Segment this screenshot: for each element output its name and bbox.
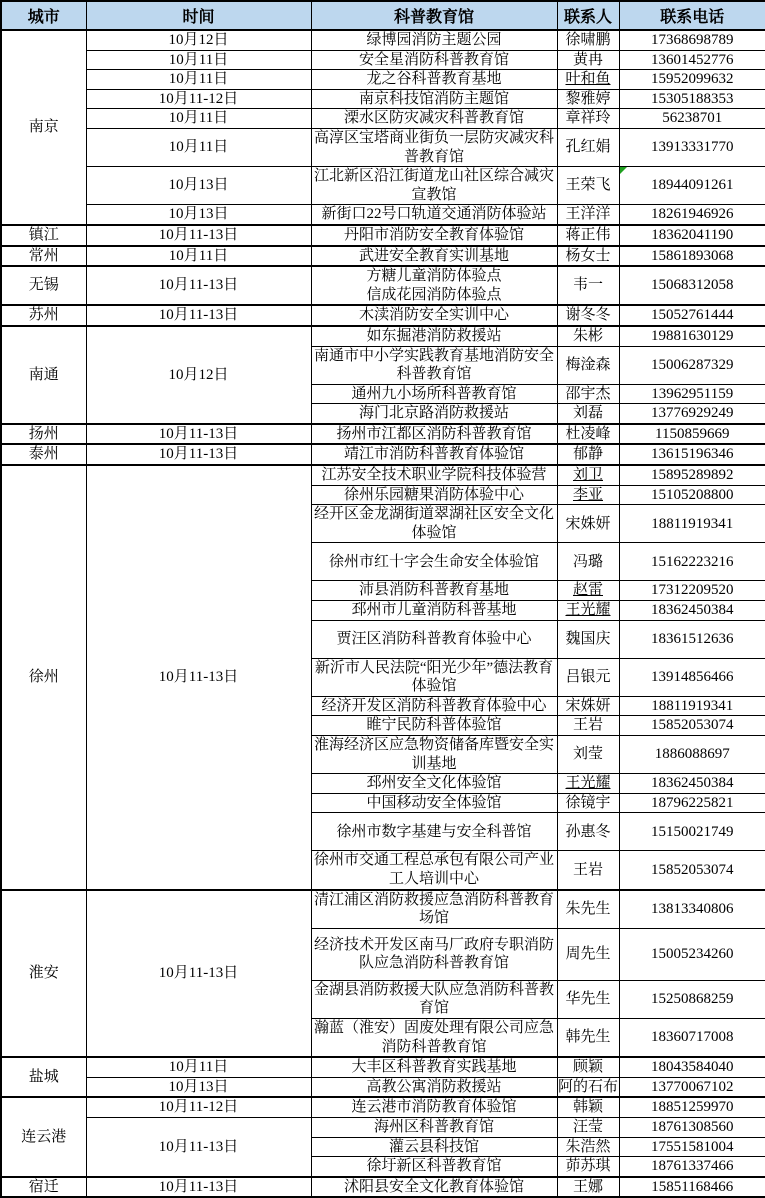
phone-cell: 13776929249	[619, 404, 765, 424]
contact-name: 黄冉	[573, 52, 603, 68]
city-cell: 无锡	[1, 266, 86, 305]
time-cell: 10月11-13日	[86, 225, 311, 246]
phone-cell: 18261946926	[619, 205, 765, 225]
contact-cell: 郁静	[557, 444, 619, 465]
venue-cell: 丹阳市消防安全教育体验馆	[311, 225, 557, 246]
contact-cell: 刘磊	[557, 404, 619, 424]
contact-name: 王光耀	[565, 775, 610, 791]
city-cell: 苏州	[1, 305, 86, 326]
city-cell: 徐州	[1, 465, 86, 890]
contact-name: 宋姝妍	[565, 516, 610, 532]
table-row: 10月11日高淳区宝塔商业街负一层防灾减灾科普教育馆孔红娟13913331770	[1, 128, 765, 166]
venue-cell: 瀚蓝（淮安）固废处理有限公司应急消防科普教育馆	[311, 1018, 557, 1057]
contact-name: 朱浩然	[565, 1139, 610, 1155]
venue-cell: 南通市中小学实践教育基地消防安全科普教育馆	[311, 346, 557, 384]
table-row: 10月11-12日南京科技馆消防主题馆黎雅婷15305188353	[1, 89, 765, 109]
phone-cell: 1886088697	[619, 736, 765, 774]
phone-cell: 17368698789	[619, 30, 765, 50]
contact-cell: 刘莹	[557, 736, 619, 774]
contact-name: 王娜	[573, 1179, 603, 1195]
phone-cell: 1150859669	[619, 424, 765, 445]
contact-name: 宋姝妍	[565, 698, 610, 714]
contact-cell: 宋姝妍	[557, 696, 619, 716]
table-row: 徐州10月11-13日江苏安全技术职业学院科技体验营刘卫15895289892	[1, 465, 765, 485]
phone-cell: 18811919341	[619, 696, 765, 716]
time-cell: 10月11-13日	[86, 465, 311, 890]
phone-cell: 15150021749	[619, 813, 765, 851]
phone-cell: 17551581004	[619, 1137, 765, 1157]
contact-cell: 李亚	[557, 485, 619, 505]
contact-cell: 梅淦森	[557, 346, 619, 384]
contact-cell: 魏国庆	[557, 620, 619, 658]
venue-cell: 经济技术开发区南马厂政府专职消防队应急消防科普教育馆	[311, 928, 557, 980]
header-time: 时间	[86, 1, 311, 30]
phone-cell: 18362450384	[619, 774, 765, 794]
phone-cell: 18043584040	[619, 1057, 765, 1077]
phone-cell: 17312209520	[619, 581, 765, 601]
time-cell: 10月11-12日	[86, 89, 311, 109]
phone-cell: 15006287329	[619, 346, 765, 384]
contact-cell: 黄冉	[557, 50, 619, 70]
venue-cell: 大丰区科普教育实践基地	[311, 1057, 557, 1077]
phone-cell: 18360717008	[619, 1018, 765, 1057]
venue-cell: 经济开发区消防科普教育体验中心	[311, 696, 557, 716]
phone-cell: 13913331770	[619, 128, 765, 166]
time-cell: 10月11-13日	[86, 1117, 311, 1176]
contact-cell: 茆苏琪	[557, 1157, 619, 1177]
contact-name: 王荣飞	[565, 177, 610, 193]
contact-name: 朱彬	[573, 328, 603, 344]
phone-cell: 18796225821	[619, 793, 765, 813]
contact-name: 杜凌峰	[565, 426, 610, 442]
contact-cell: 章祥玲	[557, 109, 619, 129]
contact-name: 赵雷	[573, 582, 603, 598]
contact-name: 顾颖	[573, 1059, 603, 1075]
contact-name: 梅淦森	[565, 357, 610, 373]
contact-name: 阿的石布	[558, 1079, 618, 1095]
venue-cell: 连云港市消防教育体验馆	[311, 1097, 557, 1117]
phone-cell: 13601452776	[619, 50, 765, 70]
phone-cell: 13914856466	[619, 658, 765, 696]
venue-cell: 新沂市人民法院“阳光少年”德法教育体验馆	[311, 658, 557, 696]
venue-cell: 安全星消防科普教育馆	[311, 50, 557, 70]
table-row: 10月13日新街口22号口轨道交通消防体验站王洋洋18261946926	[1, 205, 765, 225]
header-phone: 联系电话	[619, 1, 765, 30]
venue-cell: 武进安全教育实训基地	[311, 246, 557, 267]
contact-name: 黎雅婷	[565, 91, 610, 107]
venue-cell: 扬州市江都区消防科普教育馆	[311, 424, 557, 445]
table-row: 泰州10月11-13日靖江市消防科普教育体验馆郁静13615196346	[1, 444, 765, 465]
contact-name: 王洋洋	[565, 206, 610, 222]
table-row: 淮安10月11-13日清江浦区消防救援应急消防科普教育场馆朱先生13813340…	[1, 890, 765, 929]
city-cell: 宿迁	[1, 1177, 86, 1198]
time-cell: 10月11日	[86, 128, 311, 166]
venue-cell: 海门北京路消防救援站	[311, 404, 557, 424]
time-cell: 10月11-13日	[86, 424, 311, 445]
contact-cell: 王娜	[557, 1177, 619, 1198]
contact-name: 邵宇杰	[565, 386, 610, 402]
venue-cell: 金湖县消防救援大队应急消防科普教育馆	[311, 980, 557, 1018]
city-cell: 南京	[1, 30, 86, 225]
phone-cell: 15852053074	[619, 851, 765, 890]
time-cell: 10月11-13日	[86, 444, 311, 465]
time-cell: 10月11-13日	[86, 266, 311, 305]
contact-name: 刘卫	[573, 467, 603, 483]
contact-name: 周先生	[565, 946, 610, 962]
table-row: 南京10月12日绿博园消防主题公园徐啸鹏17368698789	[1, 30, 765, 50]
phone-cell: 18362041190	[619, 225, 765, 246]
table-row: 10月13日高教公寓消防救援站阿的石布13770067102	[1, 1077, 765, 1097]
time-cell: 10月11日	[86, 1057, 311, 1077]
contact-name: 郁静	[573, 446, 603, 462]
venue-cell: 淮海经济区应急物资储备库暨安全实训基地	[311, 736, 557, 774]
venue-cell: 南京科技馆消防主题馆	[311, 89, 557, 109]
contact-cell: 谢冬冬	[557, 305, 619, 326]
header-venue: 科普教育馆	[311, 1, 557, 30]
phone-cell: 15851168466	[619, 1177, 765, 1198]
header-city: 城市	[1, 1, 86, 30]
contact-name: 蒋正伟	[565, 227, 610, 243]
table-row: 10月11日安全星消防科普教育馆黄冉13601452776	[1, 50, 765, 70]
contact-cell: 朱先生	[557, 890, 619, 929]
contact-cell: 徐啸鹏	[557, 30, 619, 50]
venue-cell: 新街口22号口轨道交通消防体验站	[311, 205, 557, 225]
venue-cell: 高淳区宝塔商业街负一层防灾减灾科普教育馆	[311, 128, 557, 166]
venue-cell: 龙之谷科普教育基地	[311, 70, 557, 90]
contact-cell: 吕银元	[557, 658, 619, 696]
time-cell: 10月11-13日	[86, 1177, 311, 1198]
table-row: 连云港10月11-12日连云港市消防教育体验馆韩颖18851259970	[1, 1097, 765, 1117]
contact-cell: 王荣飞	[557, 167, 619, 205]
contact-cell: 华先生	[557, 980, 619, 1018]
phone-cell: 15068312058	[619, 266, 765, 305]
venue-cell: 睢宁民防科普体验馆	[311, 716, 557, 736]
contact-name: 杨女士	[565, 248, 610, 264]
venue-cell: 沭阳县安全文化教育体验馆	[311, 1177, 557, 1198]
venue-cell: 徐州市红十字会生命安全体验馆	[311, 543, 557, 581]
phone-cell: 15952099632	[619, 70, 765, 90]
phone-cell: 15162223216	[619, 543, 765, 581]
contact-name: 魏国庆	[565, 631, 610, 647]
phone-cell: 18811919341	[619, 505, 765, 543]
contact-cell: 王岩	[557, 716, 619, 736]
phone-cell: 18761337466	[619, 1157, 765, 1177]
venue-cell: 海州区科普教育馆	[311, 1117, 557, 1137]
time-cell: 10月11-13日	[86, 890, 311, 1058]
table-header: 城市 时间 科普教育馆 联系人 联系电话	[1, 1, 765, 30]
contact-cell: 王光耀	[557, 774, 619, 794]
time-cell: 10月11-13日	[86, 305, 311, 326]
contact-cell: 周先生	[557, 928, 619, 980]
city-cell: 南通	[1, 326, 86, 424]
venue-cell: 通州九小场所科普教育馆	[311, 384, 557, 404]
contact-name: 王岩	[573, 717, 603, 733]
venue-cell: 中国移动安全体验馆	[311, 793, 557, 813]
phone-cell: 15250868259	[619, 980, 765, 1018]
phone-cell: 13615196346	[619, 444, 765, 465]
phone-cell: 15052761444	[619, 305, 765, 326]
contact-cell: 赵雷	[557, 581, 619, 601]
table-row: 南通10月12日如东掘港消防救援站朱彬19881630129	[1, 326, 765, 346]
city-cell: 连云港	[1, 1097, 86, 1176]
venue-cell: 木渎消防安全实训中心	[311, 305, 557, 326]
venue-cell: 邳州安全文化体验馆	[311, 774, 557, 794]
phone-cell: 15895289892	[619, 465, 765, 485]
venue-cell: 江苏安全技术职业学院科技体验营	[311, 465, 557, 485]
contact-cell: 徐镜宇	[557, 793, 619, 813]
phone-cell: 15005234260	[619, 928, 765, 980]
time-cell: 10月13日	[86, 205, 311, 225]
contact-name: 刘莹	[573, 746, 603, 762]
contact-name: 徐镜宇	[565, 795, 610, 811]
phone-cell: 15105208800	[619, 485, 765, 505]
contact-cell: 邵宇杰	[557, 384, 619, 404]
time-cell: 10月11日	[86, 246, 311, 267]
phone-cell: 13770067102	[619, 1077, 765, 1097]
contact-cell: 汪莹	[557, 1117, 619, 1137]
contact-cell: 王洋洋	[557, 205, 619, 225]
city-cell: 泰州	[1, 444, 86, 465]
contact-cell: 黎雅婷	[557, 89, 619, 109]
venue-cell: 江北新区沿江街道龙山社区综合减灾宣教馆	[311, 167, 557, 205]
contact-name: 韩颖	[573, 1099, 603, 1115]
contact-cell: 韦一	[557, 266, 619, 305]
venue-cell: 溧水区防灾减灾科普教育馆	[311, 109, 557, 129]
venue-cell: 贾汪区消防科普教育体验中心	[311, 620, 557, 658]
venues-table-body: 南京10月12日绿博园消防主题公园徐啸鹏1736869878910月11日安全星…	[1, 30, 765, 1197]
table-row: 常州10月11日武进安全教育实训基地杨女士15861893068	[1, 246, 765, 267]
time-cell: 10月11日	[86, 70, 311, 90]
contact-cell: 孔红娟	[557, 128, 619, 166]
table-row: 10月13日江北新区沿江街道龙山社区综合减灾宣教馆王荣飞18944091261	[1, 167, 765, 205]
table-row: 扬州10月11-13日扬州市江都区消防科普教育馆杜凌峰1150859669	[1, 424, 765, 445]
city-cell: 扬州	[1, 424, 86, 445]
time-cell: 10月13日	[86, 167, 311, 205]
venue-cell: 灌云县科技馆	[311, 1137, 557, 1157]
contact-name: 刘磊	[573, 405, 603, 421]
contact-cell: 阿的石布	[557, 1077, 619, 1097]
venue-cell: 如东掘港消防救援站	[311, 326, 557, 346]
contact-cell: 顾颖	[557, 1057, 619, 1077]
header-contact: 联系人	[557, 1, 619, 30]
phone-cell: 18361512636	[619, 620, 765, 658]
phone-cell: 18761308560	[619, 1117, 765, 1137]
contact-cell: 冯璐	[557, 543, 619, 581]
table-row: 苏州10月11-13日木渎消防安全实训中心谢冬冬15052761444	[1, 305, 765, 326]
venue-cell: 方糖儿童消防体验点 信成花园消防体验点	[311, 266, 557, 305]
contact-name: 章祥玲	[565, 110, 610, 126]
time-cell: 10月11日	[86, 50, 311, 70]
contact-cell: 王光耀	[557, 601, 619, 621]
time-cell: 10月13日	[86, 1077, 311, 1097]
time-cell: 10月12日	[86, 30, 311, 50]
contact-cell: 王岩	[557, 851, 619, 890]
table-row: 10月11-13日海州区科普教育馆汪莹18761308560	[1, 1117, 765, 1137]
city-cell: 淮安	[1, 890, 86, 1058]
contact-name: 孔红娟	[565, 139, 610, 155]
phone-cell: 13813340806	[619, 890, 765, 929]
contact-cell: 朱彬	[557, 326, 619, 346]
table-row: 盐城10月11日大丰区科普教育实践基地顾颖18043584040	[1, 1057, 765, 1077]
contact-cell: 叶和鱼	[557, 70, 619, 90]
venue-cell: 经开区金龙湖街道翠湖社区安全文化体验馆	[311, 505, 557, 543]
contact-name: 王光耀	[565, 602, 610, 618]
table-row: 10月11日龙之谷科普教育基地叶和鱼15952099632	[1, 70, 765, 90]
city-cell: 盐城	[1, 1057, 86, 1097]
contact-name: 李亚	[573, 487, 603, 503]
venue-cell: 沛县消防科普教育基地	[311, 581, 557, 601]
city-cell: 镇江	[1, 225, 86, 246]
time-cell: 10月11日	[86, 109, 311, 129]
contact-name: 谢冬冬	[565, 307, 610, 323]
phone-cell: 18851259970	[619, 1097, 765, 1117]
time-cell: 10月11-12日	[86, 1097, 311, 1117]
time-cell: 10月12日	[86, 326, 311, 424]
phone-cell: 15861893068	[619, 246, 765, 267]
phone-cell: 18944091261	[619, 167, 765, 205]
contact-name: 韦一	[573, 277, 603, 293]
contact-name: 韩先生	[565, 1029, 610, 1045]
venue-cell: 徐州市数字基建与安全科普馆	[311, 813, 557, 851]
city-cell: 常州	[1, 246, 86, 267]
contact-cell: 刘卫	[557, 465, 619, 485]
table-row: 无锡10月11-13日方糖儿童消防体验点 信成花园消防体验点韦一15068312…	[1, 266, 765, 305]
venue-cell: 清江浦区消防救援应急消防科普教育场馆	[311, 890, 557, 929]
venue-cell: 靖江市消防科普教育体验馆	[311, 444, 557, 465]
phone-cell: 15852053074	[619, 716, 765, 736]
contact-name: 冯璐	[573, 554, 603, 570]
phone-cell: 13962951159	[619, 384, 765, 404]
contact-name: 孙惠冬	[565, 824, 610, 840]
phone-cell: 18362450384	[619, 601, 765, 621]
contact-cell: 朱浩然	[557, 1137, 619, 1157]
venue-cell: 徐州市交通工程总承包有限公司产业工人培训中心	[311, 851, 557, 890]
phone-cell: 19881630129	[619, 326, 765, 346]
contact-name: 徐啸鹏	[565, 32, 610, 48]
venue-cell: 徐州乐园糖果消防体验中心	[311, 485, 557, 505]
contact-cell: 杜凌峰	[557, 424, 619, 445]
phone-cell: 15305188353	[619, 89, 765, 109]
venues-table: 城市 时间 科普教育馆 联系人 联系电话 南京10月12日绿博园消防主题公园徐啸…	[0, 0, 765, 1198]
venue-cell: 绿博园消防主题公园	[311, 30, 557, 50]
contact-name: 华先生	[565, 991, 610, 1007]
contact-cell: 韩颖	[557, 1097, 619, 1117]
contact-cell: 宋姝妍	[557, 505, 619, 543]
contact-name: 汪莹	[573, 1119, 603, 1135]
contact-cell: 蒋正伟	[557, 225, 619, 246]
contact-name: 朱先生	[565, 901, 610, 917]
table-row: 宿迁10月11-13日沭阳县安全文化教育体验馆王娜15851168466	[1, 1177, 765, 1198]
contact-name: 吕银元	[565, 669, 610, 685]
venue-cell: 邳州市儿童消防科普基地	[311, 601, 557, 621]
cell-error-marker-icon	[620, 167, 627, 174]
contact-name: 王岩	[573, 862, 603, 878]
contact-name: 茆苏琪	[565, 1158, 610, 1174]
table-row: 镇江10月11-13日丹阳市消防安全教育体验馆蒋正伟18362041190	[1, 225, 765, 246]
contact-name: 叶和鱼	[565, 71, 610, 87]
contact-cell: 韩先生	[557, 1018, 619, 1057]
table-row: 10月11日溧水区防灾减灾科普教育馆章祥玲56238701	[1, 109, 765, 129]
venue-cell: 徐圩新区科普教育馆	[311, 1157, 557, 1177]
contact-cell: 孙惠冬	[557, 813, 619, 851]
contact-cell: 杨女士	[557, 246, 619, 267]
phone-cell: 56238701	[619, 109, 765, 129]
venue-cell: 高教公寓消防救援站	[311, 1077, 557, 1097]
